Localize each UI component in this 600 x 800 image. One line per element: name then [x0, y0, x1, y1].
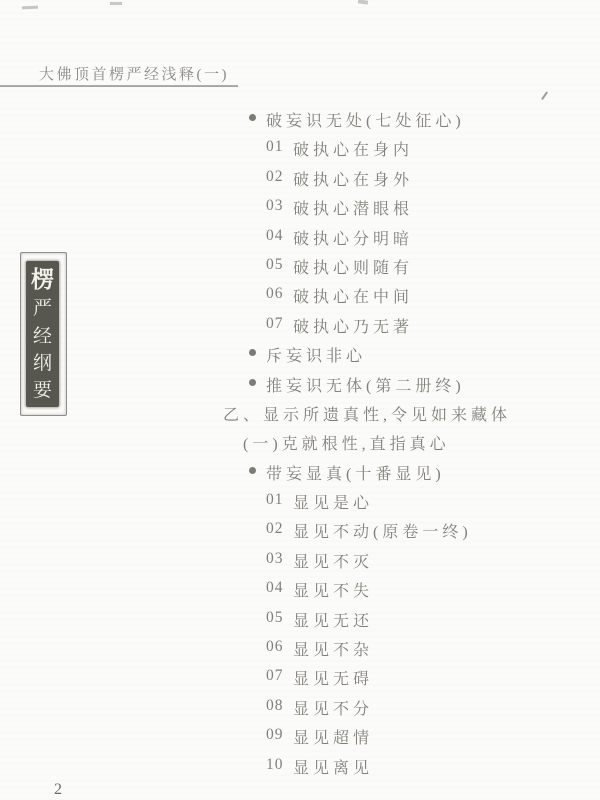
outline-row: 05显见无还: [0, 603, 600, 632]
outline-row: 09显见超情: [0, 720, 600, 749]
item-text: 显见不灭: [293, 549, 373, 572]
outline-row: 推妄识无体(第二册终): [0, 368, 600, 397]
item-text: 破妄识无处(七处征心): [266, 108, 465, 131]
outline-row: 07显见无碍: [0, 661, 600, 690]
item-number: 03: [266, 197, 284, 215]
item-text: 乙、显示所遗真性,令见如来藏体: [223, 402, 511, 425]
item-text: 破执心分明暗: [293, 226, 413, 249]
item-text: 显见无还: [293, 608, 373, 631]
item-text: 破执心在身外: [293, 167, 413, 190]
item-text: 带妄显真(十番显见): [266, 461, 445, 484]
item-text: 显见不失: [293, 578, 373, 601]
outline-row: 乙、显示所遗真性,令见如来藏体: [0, 397, 600, 426]
item-text: 显见超情: [293, 725, 373, 748]
header-rule: [0, 85, 238, 87]
page-header-title: 大佛顶首楞严经浅释(一): [39, 63, 229, 84]
item-number: 02: [266, 168, 284, 186]
item-number: 02: [266, 520, 284, 538]
outline-row: 斥妄识非心: [0, 338, 600, 367]
scan-artifact: [110, 2, 122, 5]
bullet-icon: [249, 467, 256, 474]
item-number: 06: [266, 285, 284, 303]
item-number: 01: [266, 138, 284, 156]
outline-row: 05破执心则随有: [0, 250, 600, 279]
item-number: 04: [266, 227, 284, 245]
item-number: 10: [266, 756, 284, 774]
item-text: 显见不动(原卷一终): [293, 519, 472, 542]
item-text: 破执心在身内: [293, 137, 413, 160]
item-number: 09: [266, 726, 284, 744]
outline-list: 破妄识无处(七处征心)01破执心在身内02破执心在身外03破执心潜眼根04破执心…: [0, 103, 600, 779]
item-number: 05: [266, 256, 284, 274]
outline-row: 04破执心分明暗: [0, 221, 600, 250]
item-number: 07: [266, 315, 284, 333]
bullet-icon: [249, 114, 256, 121]
scan-artifact: [22, 6, 38, 10]
outline-row: 03破执心潜眼根: [0, 191, 600, 220]
outline-row: 07破执心乃无著: [0, 309, 600, 338]
item-text: 显见离见: [293, 755, 373, 778]
book-page: 大佛顶首楞严经浅释(一) 楞 严 经 纲 要 破妄识无处(七处征心)01破执心在…: [0, 0, 600, 800]
item-text: 破执心乃无著: [293, 314, 413, 337]
outline-row: 01显见是心: [0, 485, 600, 514]
item-text: 推妄识无体(第二册终): [266, 373, 465, 396]
outline-row: 02显见不动(原卷一终): [0, 514, 600, 543]
item-text: 显见不杂: [293, 637, 373, 660]
outline-row: 01破执心在身内: [0, 132, 600, 161]
item-text: 显见是心: [293, 490, 373, 513]
page-number: 2: [54, 781, 62, 799]
item-text: 破执心则随有: [293, 255, 413, 278]
item-text: 斥妄识非心: [266, 343, 366, 366]
outline-row: 06显见不杂: [0, 632, 600, 661]
outline-row: 破妄识无处(七处征心): [0, 103, 600, 132]
outline-row: 08显见不分: [0, 691, 600, 720]
item-number: 03: [266, 550, 284, 568]
item-number: 06: [266, 638, 284, 656]
item-number: 07: [266, 667, 284, 685]
outline-row: 03显见不灭: [0, 544, 600, 573]
item-number: 05: [266, 609, 284, 627]
item-number: 01: [266, 491, 284, 509]
outline-row: 带妄显真(十番显见): [0, 456, 600, 485]
outline-row: 10显见离见: [0, 750, 600, 779]
outline-row: (一)克就根性,直指真心: [0, 426, 600, 455]
item-text: 破执心在中间: [293, 284, 413, 307]
bullet-icon: [249, 379, 256, 386]
item-number: 08: [266, 697, 284, 715]
item-text: (一)克就根性,直指真心: [243, 431, 450, 454]
item-text: 显见无碍: [293, 666, 373, 689]
outline-row: 06破执心在中间: [0, 279, 600, 308]
item-number: 04: [266, 579, 284, 597]
scan-artifact: [358, 0, 368, 5]
item-text: 破执心潜眼根: [293, 196, 413, 219]
scan-artifact: [541, 92, 553, 104]
item-text: 显见不分: [293, 696, 373, 719]
outline-row: 04显见不失: [0, 573, 600, 602]
bullet-icon: [249, 349, 256, 356]
outline-row: 02破执心在身外: [0, 162, 600, 191]
